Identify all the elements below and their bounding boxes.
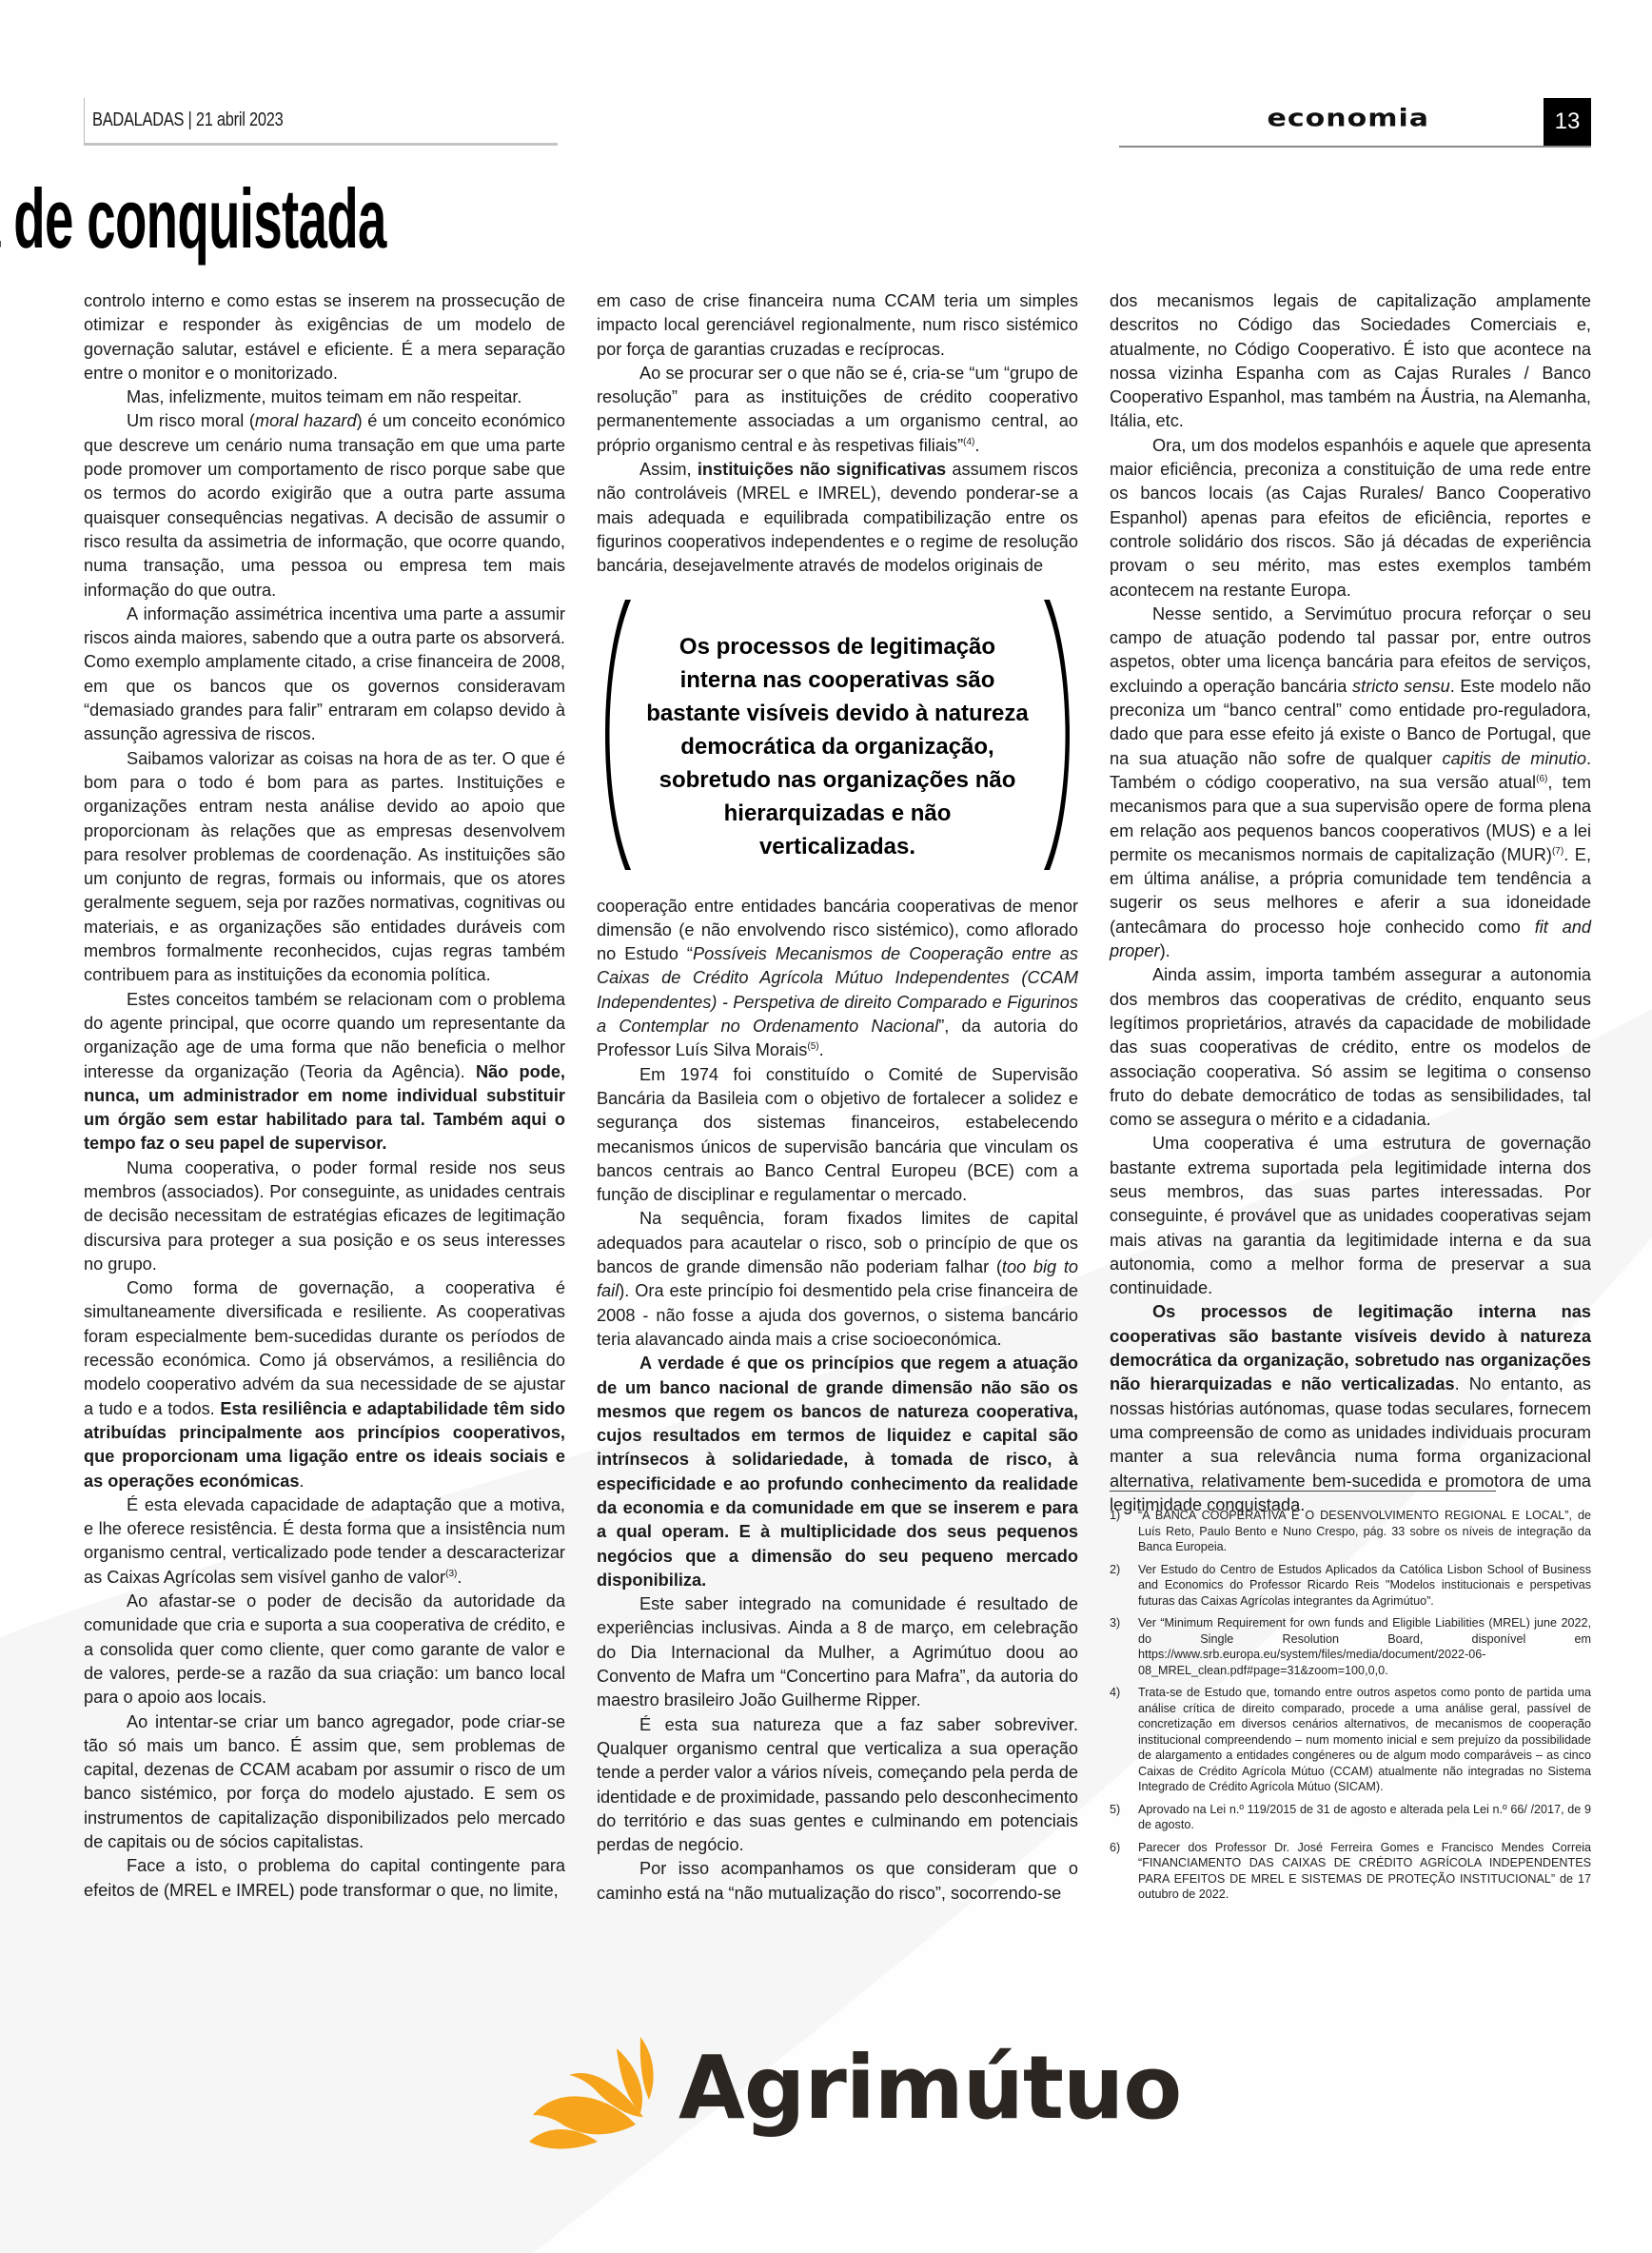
paragraph: Ao afastar-se o poder de decisão da auto… bbox=[84, 1590, 565, 1710]
paragraph: Ao se procurar ser o que não se é, cria-… bbox=[597, 362, 1078, 458]
paragraph: em caso de crise financeira numa CCAM te… bbox=[597, 289, 1078, 362]
masthead-left: BADALADAS | 21 abril 2023 bbox=[84, 98, 558, 146]
footnote-item: 2)Ver Estudo do Centro de Estudos Aplica… bbox=[1110, 1562, 1591, 1610]
paragraph: Ainda assim, importa também assegurar a … bbox=[1110, 963, 1591, 1132]
paragraph: Os processos de legitimação interna nas … bbox=[1110, 1300, 1591, 1517]
footnote-number: 3) bbox=[1110, 1615, 1138, 1678]
paragraph: Este saber integrado na comunidade é res… bbox=[597, 1592, 1078, 1712]
paragraph: A verdade é que os princípios que regem … bbox=[597, 1352, 1078, 1592]
footnote-number: 5) bbox=[1110, 1802, 1138, 1833]
footnote-text: Ver “Minimum Requirement for own funds a… bbox=[1138, 1615, 1591, 1678]
pull-quote-text: Os processos de legitimação interna nas … bbox=[644, 630, 1031, 863]
right-parenthesis-icon bbox=[1038, 592, 1076, 878]
footnote-item: 6)Parecer dos Professor Dr. José Ferreir… bbox=[1110, 1840, 1591, 1903]
footnote-item: 1)“A BANCA COOPERATIVA E O DESENVOLVIMEN… bbox=[1110, 1508, 1591, 1555]
footnote-text: Aprovado na Lei n.º 119/2015 de 31 de ag… bbox=[1138, 1802, 1591, 1833]
paragraph: Face a isto, o problema do capital conti… bbox=[84, 1854, 565, 1903]
section-name: economia bbox=[1268, 105, 1430, 133]
article-column-3: dos mecanismos legais de capitalização a… bbox=[1110, 289, 1591, 1517]
paragraph: Ao intentar-se criar um banco agregador,… bbox=[84, 1710, 565, 1855]
flame-leaf-icon bbox=[521, 2037, 683, 2170]
paragraph: A informação assimétrica incentiva uma p… bbox=[84, 603, 565, 747]
footnote-item: 4)Trata-se de Estudo que, tomando entre … bbox=[1110, 1685, 1591, 1795]
paragraph: É esta elevada capacidade de adaptação q… bbox=[84, 1493, 565, 1590]
paragraph: Na sequência, foram fixados limites de c… bbox=[597, 1207, 1078, 1352]
article-column-1: controlo interno e como estas se inserem… bbox=[84, 289, 565, 1903]
paragraph: Uma cooperativa é uma estrutura de gover… bbox=[1110, 1132, 1591, 1300]
paragraph: Saibamos valorizar as coisas na hora de … bbox=[84, 747, 565, 988]
publication-date: BADALADAS | 21 abril 2023 bbox=[92, 109, 284, 131]
footnotes: 1)“A BANCA COOPERATIVA E O DESENVOLVIMEN… bbox=[1110, 1508, 1591, 1909]
paragraph: Nesse sentido, a Servimútuo procura refo… bbox=[1110, 603, 1591, 963]
footnote-number: 6) bbox=[1110, 1840, 1138, 1903]
paragraph: Em 1974 foi constituído o Comité de Supe… bbox=[597, 1063, 1078, 1208]
footnote-number: 4) bbox=[1110, 1685, 1138, 1795]
footnote-item: 5)Aprovado na Lei n.º 119/2015 de 31 de … bbox=[1110, 1802, 1591, 1833]
footnote-number: 1) bbox=[1110, 1508, 1138, 1555]
footnote-text: Parecer dos Professor Dr. José Ferreira … bbox=[1138, 1840, 1591, 1903]
paragraph: Ora, um dos modelos espanhóis e aquele q… bbox=[1110, 434, 1591, 603]
paragraph: Numa cooperativa, o poder formal reside … bbox=[84, 1156, 565, 1276]
footnote-text: Ver Estudo do Centro de Estudos Aplicado… bbox=[1138, 1562, 1591, 1610]
footnote-number: 2) bbox=[1110, 1562, 1138, 1610]
paragraph: Estes conceitos também se relacionam com… bbox=[84, 988, 565, 1156]
paragraph: Como forma de governação, a cooperativa … bbox=[84, 1276, 565, 1493]
pull-quote: Os processos de legitimação interna nas … bbox=[597, 592, 1078, 878]
footnotes-divider bbox=[1110, 1491, 1496, 1492]
paragraph: Assim, instituições não significativas a… bbox=[597, 458, 1078, 578]
logo-wordmark: Agrimútuo bbox=[678, 2045, 1181, 2132]
left-parenthesis-icon bbox=[599, 592, 637, 878]
paragraph: controlo interno e como estas se inserem… bbox=[84, 289, 565, 385]
footnote-text: Trata-se de Estudo que, tomando entre ou… bbox=[1138, 1685, 1591, 1795]
masthead-right: economia 13 bbox=[1119, 98, 1591, 148]
paragraph: dos mecanismos legais de capitalização a… bbox=[1110, 289, 1591, 434]
footnote-item: 3)Ver “Minimum Requirement for own funds… bbox=[1110, 1615, 1591, 1678]
footnote-text: “A BANCA COOPERATIVA E O DESENVOLVIMENTO… bbox=[1138, 1508, 1591, 1555]
article-column-2: em caso de crise financeira numa CCAM te… bbox=[597, 289, 1078, 1906]
paragraph: cooperação entre entidades bancária coop… bbox=[597, 895, 1078, 1063]
paragraph: Um risco moral (moral hazard) é um conce… bbox=[84, 409, 565, 602]
paragraph: É esta sua natureza que a faz saber sobr… bbox=[597, 1713, 1078, 1858]
paragraph: Por isso acompanhamos os que consideram … bbox=[597, 1857, 1078, 1906]
headline: a de conquistada bbox=[0, 177, 386, 261]
paragraph: Mas, infelizmente, muitos teimam em não … bbox=[84, 385, 565, 409]
page-number: 13 bbox=[1544, 98, 1591, 146]
agrimutuo-logo: Agrimútuo bbox=[521, 2037, 1131, 2170]
